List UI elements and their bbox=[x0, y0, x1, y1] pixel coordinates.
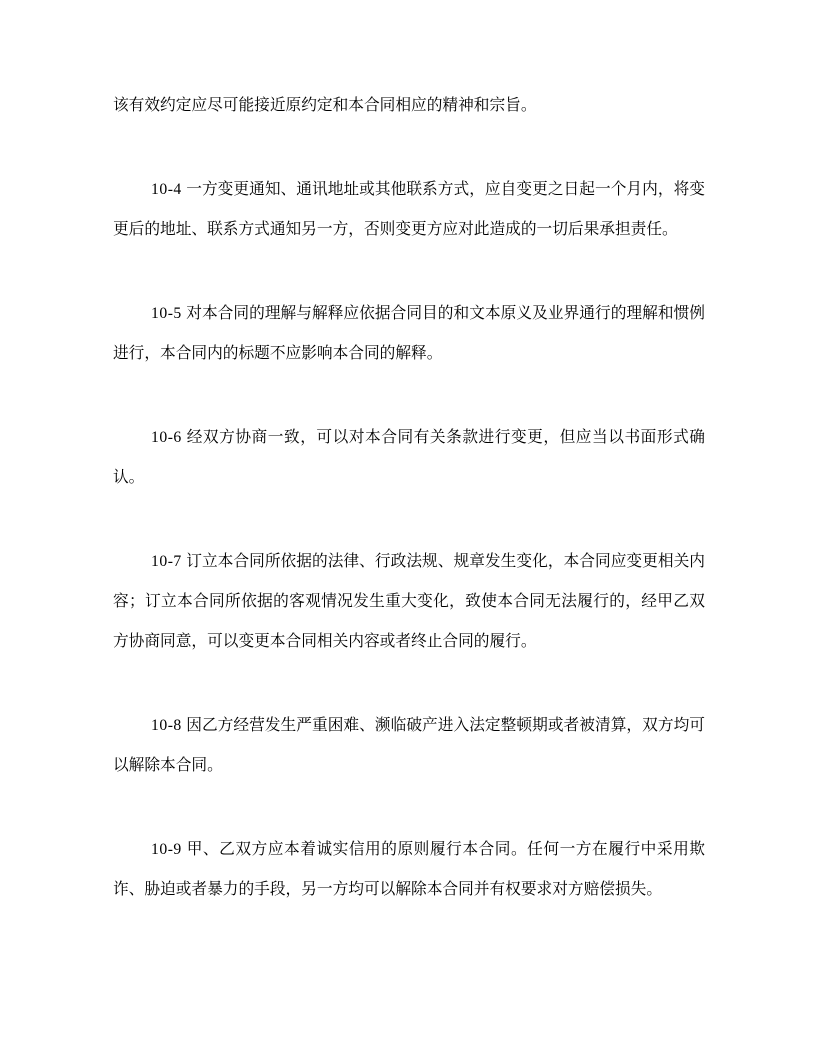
document-page: 该有效约定应尽可能接近原约定和本合同相应的精神和宗旨。10-4 一方变更通知、通… bbox=[0, 0, 816, 1056]
clause-text: 订立本合同所依据的法律、行政法规、规章发生变化，本合同应变更相关内容；订立本合同… bbox=[113, 553, 705, 650]
clause-text: 对本合同的理解与解释应依据合同目的和文本原义及业界通行的理解和惯例进行，本合同内… bbox=[113, 305, 705, 362]
clause-number: 10-7 bbox=[151, 553, 186, 570]
clause-text: 甲、乙双方应本着诚实信用的原则履行本合同。任何一方在履行中采用欺诈、胁迫或者暴力… bbox=[113, 841, 705, 898]
contract-clause: 10-8 因乙方经营发生严重困难、濒临破产进入法定整顿期或者被清算，双方均可以解… bbox=[113, 706, 705, 786]
clause-number: 10-4 bbox=[151, 181, 186, 198]
clause-number: 10-5 bbox=[151, 305, 186, 322]
clause-number: 10-6 bbox=[151, 429, 187, 446]
clause-text: 一方变更通知、通讯地址或其他联系方式，应自变更之日起一个月内，将变更后的地址、联… bbox=[113, 181, 705, 238]
clause-text: 经双方协商一致，可以对本合同有关条款进行变更，但应当以书面形式确认。 bbox=[113, 429, 705, 486]
contract-clause: 10-9 甲、乙双方应本着诚实信用的原则履行本合同。任何一方在履行中采用欺诈、胁… bbox=[113, 830, 705, 910]
contract-clause: 10-4 一方变更通知、通讯地址或其他联系方式，应自变更之日起一个月内，将变更后… bbox=[113, 170, 705, 250]
clause-text: 因乙方经营发生严重困难、濒临破产进入法定整顿期或者被清算，双方均可以解除本合同。 bbox=[113, 717, 705, 774]
contract-clause: 10-7 订立本合同所依据的法律、行政法规、规章发生变化，本合同应变更相关内容；… bbox=[113, 542, 705, 662]
contract-clause: 10-6 经双方协商一致，可以对本合同有关条款进行变更，但应当以书面形式确认。 bbox=[113, 418, 705, 498]
contract-clause: 该有效约定应尽可能接近原约定和本合同相应的精神和宗旨。 bbox=[113, 86, 705, 126]
clause-number: 10-9 bbox=[151, 841, 187, 858]
clause-number: 10-8 bbox=[151, 717, 186, 734]
document-body: 该有效约定应尽可能接近原约定和本合同相应的精神和宗旨。10-4 一方变更通知、通… bbox=[113, 86, 705, 910]
contract-clause: 10-5 对本合同的理解与解释应依据合同目的和文本原义及业界通行的理解和惯例进行… bbox=[113, 294, 705, 374]
clause-text: 该有效约定应尽可能接近原约定和本合同相应的精神和宗旨。 bbox=[113, 97, 537, 114]
